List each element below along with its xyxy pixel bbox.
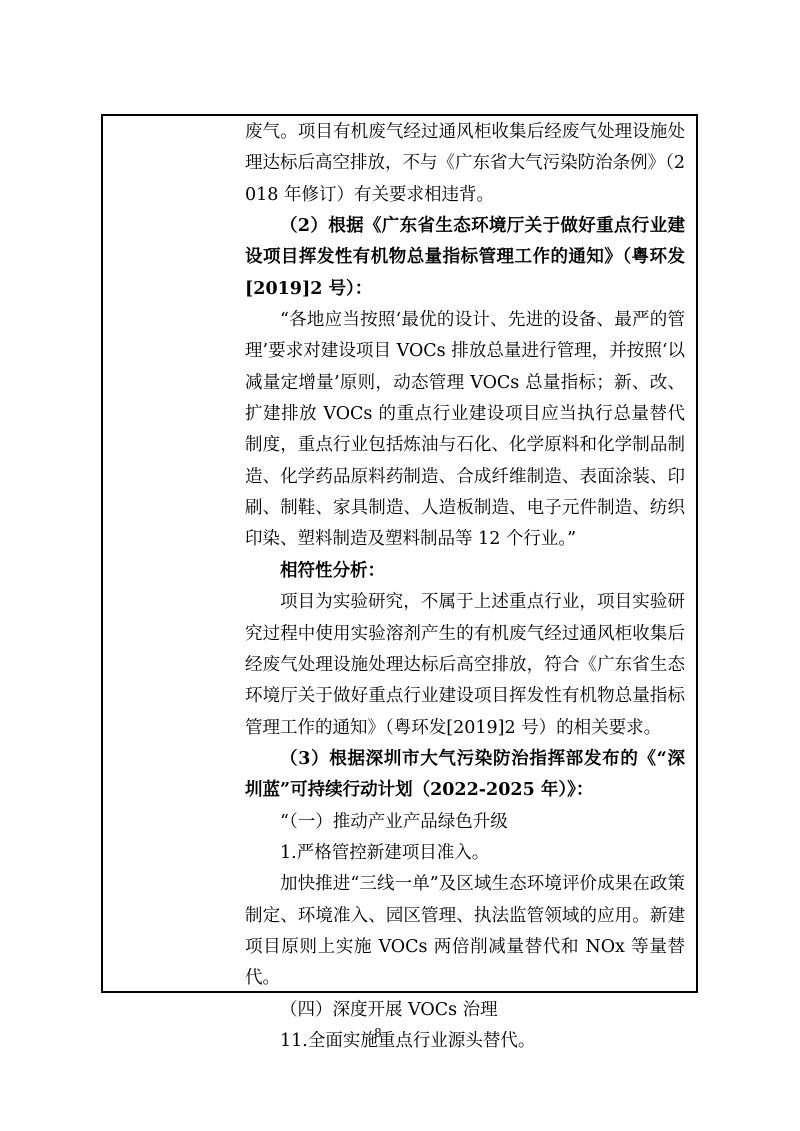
paragraph: 项目为实验研究，不属于上述重点行业，项目实验研究过程中使用实验溶剂产生的有机废气… (245, 587, 685, 744)
paragraph: “（一）推动产业产品绿色升级 (245, 807, 685, 838)
paragraph: 废气。项目有机废气经过通风柜收集后经废气处理设施处理达标后高空排放，不与《广东省… (245, 117, 685, 211)
paragraph: 相符性分析： (245, 556, 685, 587)
paragraph: （2）根据《广东省生态环境厅关于做好重点行业建设项目挥发性有机物总量指标管理工作… (245, 211, 685, 305)
content-border-box: 废气。项目有机废气经过通风柜收集后经废气处理设施处理达标后高空排放，不与《广东省… (101, 114, 698, 993)
page-number: 8 (0, 1026, 756, 1040)
paragraph: 加快推进“三线一单”及区域生态环境评价成果在政策制定、环境准入、园区管理、执法监… (245, 869, 685, 994)
paragraph: “各地应当按照‘最优的设计、先进的设备、最严的管理’要求对建设项目 VOCs 排… (245, 305, 685, 556)
paragraph: 1.严格管控新建项目准入。 (245, 838, 685, 869)
paragraph: （四）深度开展 VOCs 治理 (245, 995, 685, 1026)
paragraph: （3）根据深圳市大气污染防治指挥部发布的《“深圳蓝”可持续行动计划（2022-2… (245, 744, 685, 807)
document-text-area: 废气。项目有机废气经过通风柜收集后经废气处理设施处理达标后高空排放，不与《广东省… (245, 117, 685, 1057)
